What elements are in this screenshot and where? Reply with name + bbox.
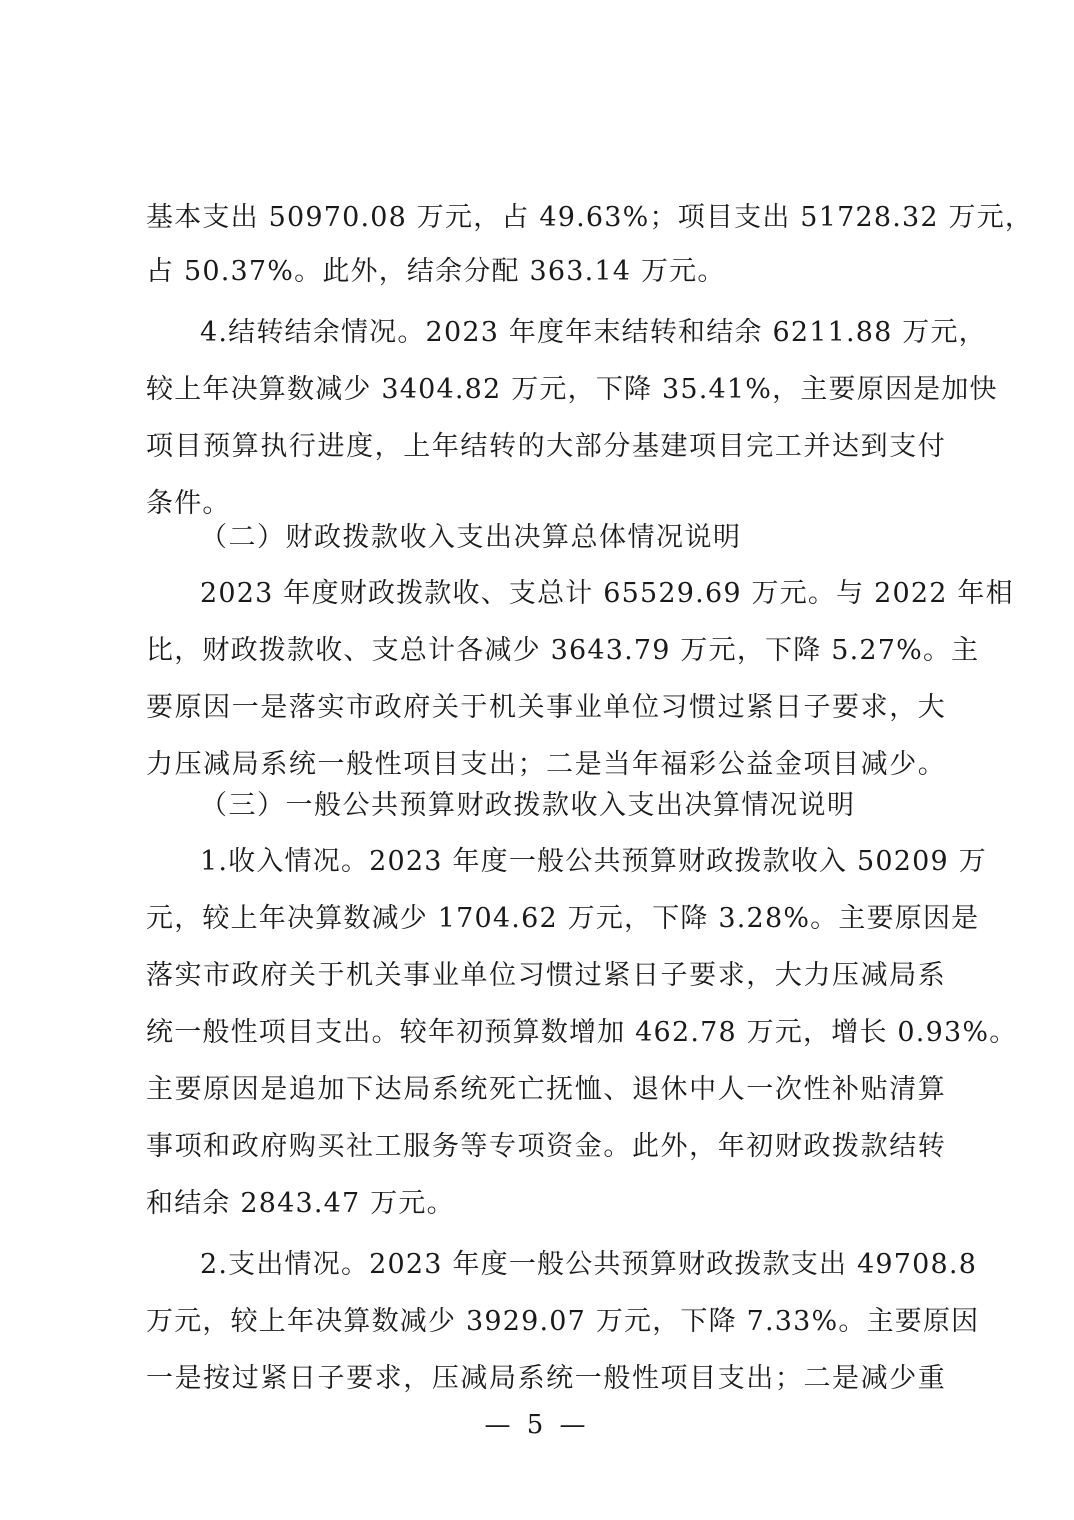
section-heading-3: （三）一般公共预算财政拨款收入支出决算情况说明 — [200, 786, 856, 826]
paragraph-line: 和结余 2843.47 万元。 — [146, 1184, 946, 1224]
paragraph-line: 4.结转结余情况。2023 年度年末结转和结余 6211.88 万元， — [200, 313, 946, 353]
page-number: — 5 — — [0, 1405, 1074, 1445]
paragraph-line: 2.支出情况。2023 年度一般公共预算财政拨款支出 49708.8 — [200, 1245, 946, 1285]
paragraph-line: 基本支出 50970.08 万元，占 49.63%；项目支出 51728.32 … — [146, 198, 946, 238]
paragraph-line: 比，财政拨款收、支总计各减少 3643.79 万元，下降 5.27%。主 — [146, 631, 946, 671]
paragraph-line: 占 50.37%。此外，结余分配 363.14 万元。 — [146, 252, 946, 292]
paragraph-line: 落实市政府关于机关事业单位习惯过紧日子要求，大力压减局系 — [146, 956, 946, 996]
section-heading-2: （二）财政拨款收入支出决算总体情况说明 — [200, 518, 742, 558]
paragraph-line: 2023 年度财政拨款收、支总计 65529.69 万元。与 2022 年相 — [200, 574, 946, 614]
paragraph-line: 1.收入情况。2023 年度一般公共预算财政拨款收入 50209 万 — [200, 842, 946, 882]
paragraph-line: 项目预算执行进度，上年结转的大部分基建项目完工并达到支付 — [146, 427, 946, 467]
paragraph-line: 万元，较上年决算数减少 3929.07 万元，下降 7.33%。主要原因 — [146, 1302, 946, 1342]
paragraph-line: 要原因一是落实市政府关于机关事业单位习惯过紧日子要求，大 — [146, 688, 946, 728]
paragraph-line: 较上年决算数减少 3404.82 万元，下降 35.41%，主要原因是加快 — [146, 370, 946, 410]
paragraph-line: 事项和政府购买社工服务等专项资金。此外，年初财政拨款结转 — [146, 1127, 946, 1167]
paragraph-line: 一是按过紧日子要求，压减局系统一般性项目支出；二是减少重 — [146, 1359, 946, 1399]
paragraph-line: 主要原因是追加下达局系统死亡抚恤、退休中人一次性补贴清算 — [146, 1070, 946, 1110]
paragraph-line: 元，较上年决算数减少 1704.62 万元，下降 3.28%。主要原因是 — [146, 899, 946, 939]
paragraph-line: 力压减局系统一般性项目支出；二是当年福彩公益金项目减少。 — [146, 745, 946, 785]
paragraph-line: 统一般性项目支出。较年初预算数增加 462.78 万元，增长 0.93%。 — [146, 1013, 946, 1053]
document-page: 基本支出 50970.08 万元，占 49.63%；项目支出 51728.32 … — [0, 0, 1074, 1520]
